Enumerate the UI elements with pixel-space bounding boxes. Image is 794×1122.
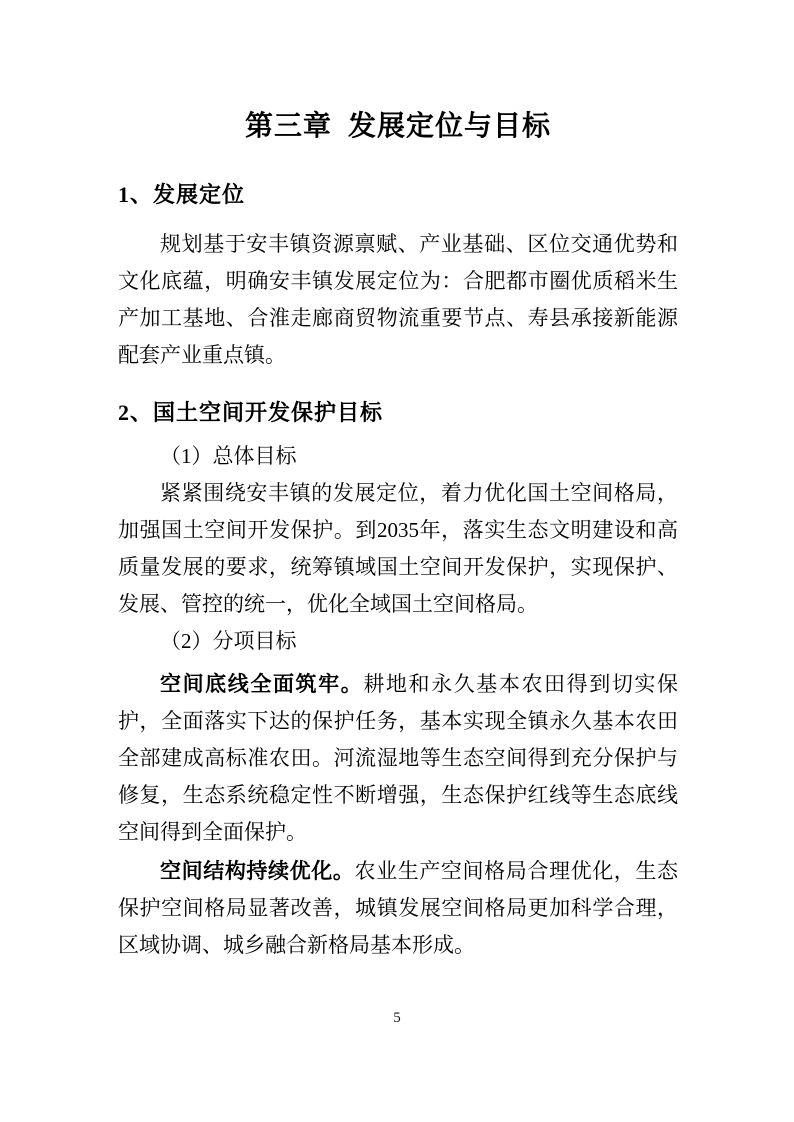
section-heading-land-space-goals: 2、国土空间开发保护目标 bbox=[118, 398, 678, 428]
chapter-title: 第三章 发展定位与目标 bbox=[118, 106, 678, 148]
subheading-overall-goal: （1）总体目标 bbox=[118, 438, 678, 475]
subheading-itemized-goals: （2）分项目标 bbox=[118, 623, 678, 660]
paragraph-development-positioning: 规划基于安丰镇资源禀赋、产业基础、区位交通优势和文化底蕴，明确安丰镇发展定位为：… bbox=[118, 226, 678, 374]
page-number: 5 bbox=[0, 1008, 794, 1028]
paragraph-space-bottom-line-body: 耕地和永久基本农田得到切实保护，全面落实下达的保护任务，基本实现全镇永久基本农田… bbox=[118, 672, 678, 844]
paragraph-space-bottom-line: 空间底线全面筑牢。耕地和永久基本农田得到切实保护，全面落实下达的保护任务，基本实… bbox=[118, 666, 678, 851]
paragraph-overall-goal: 紧紧围绕安丰镇的发展定位，着力优化国土空间格局，加强国土空间开发保护。到2035… bbox=[118, 475, 678, 623]
section-heading-development-positioning: 1、发展定位 bbox=[118, 180, 678, 210]
paragraph-space-structure: 空间结构持续优化。农业生产空间格局合理优化，生态保护空间格局显著改善，城镇发展空… bbox=[118, 853, 678, 964]
document-page: 第三章 发展定位与目标 1、发展定位 规划基于安丰镇资源禀赋、产业基础、区位交通… bbox=[0, 0, 794, 1122]
paragraph-space-structure-lead: 空间结构持续优化。 bbox=[160, 859, 354, 883]
paragraph-space-bottom-line-lead: 空间底线全面筑牢。 bbox=[160, 672, 363, 696]
